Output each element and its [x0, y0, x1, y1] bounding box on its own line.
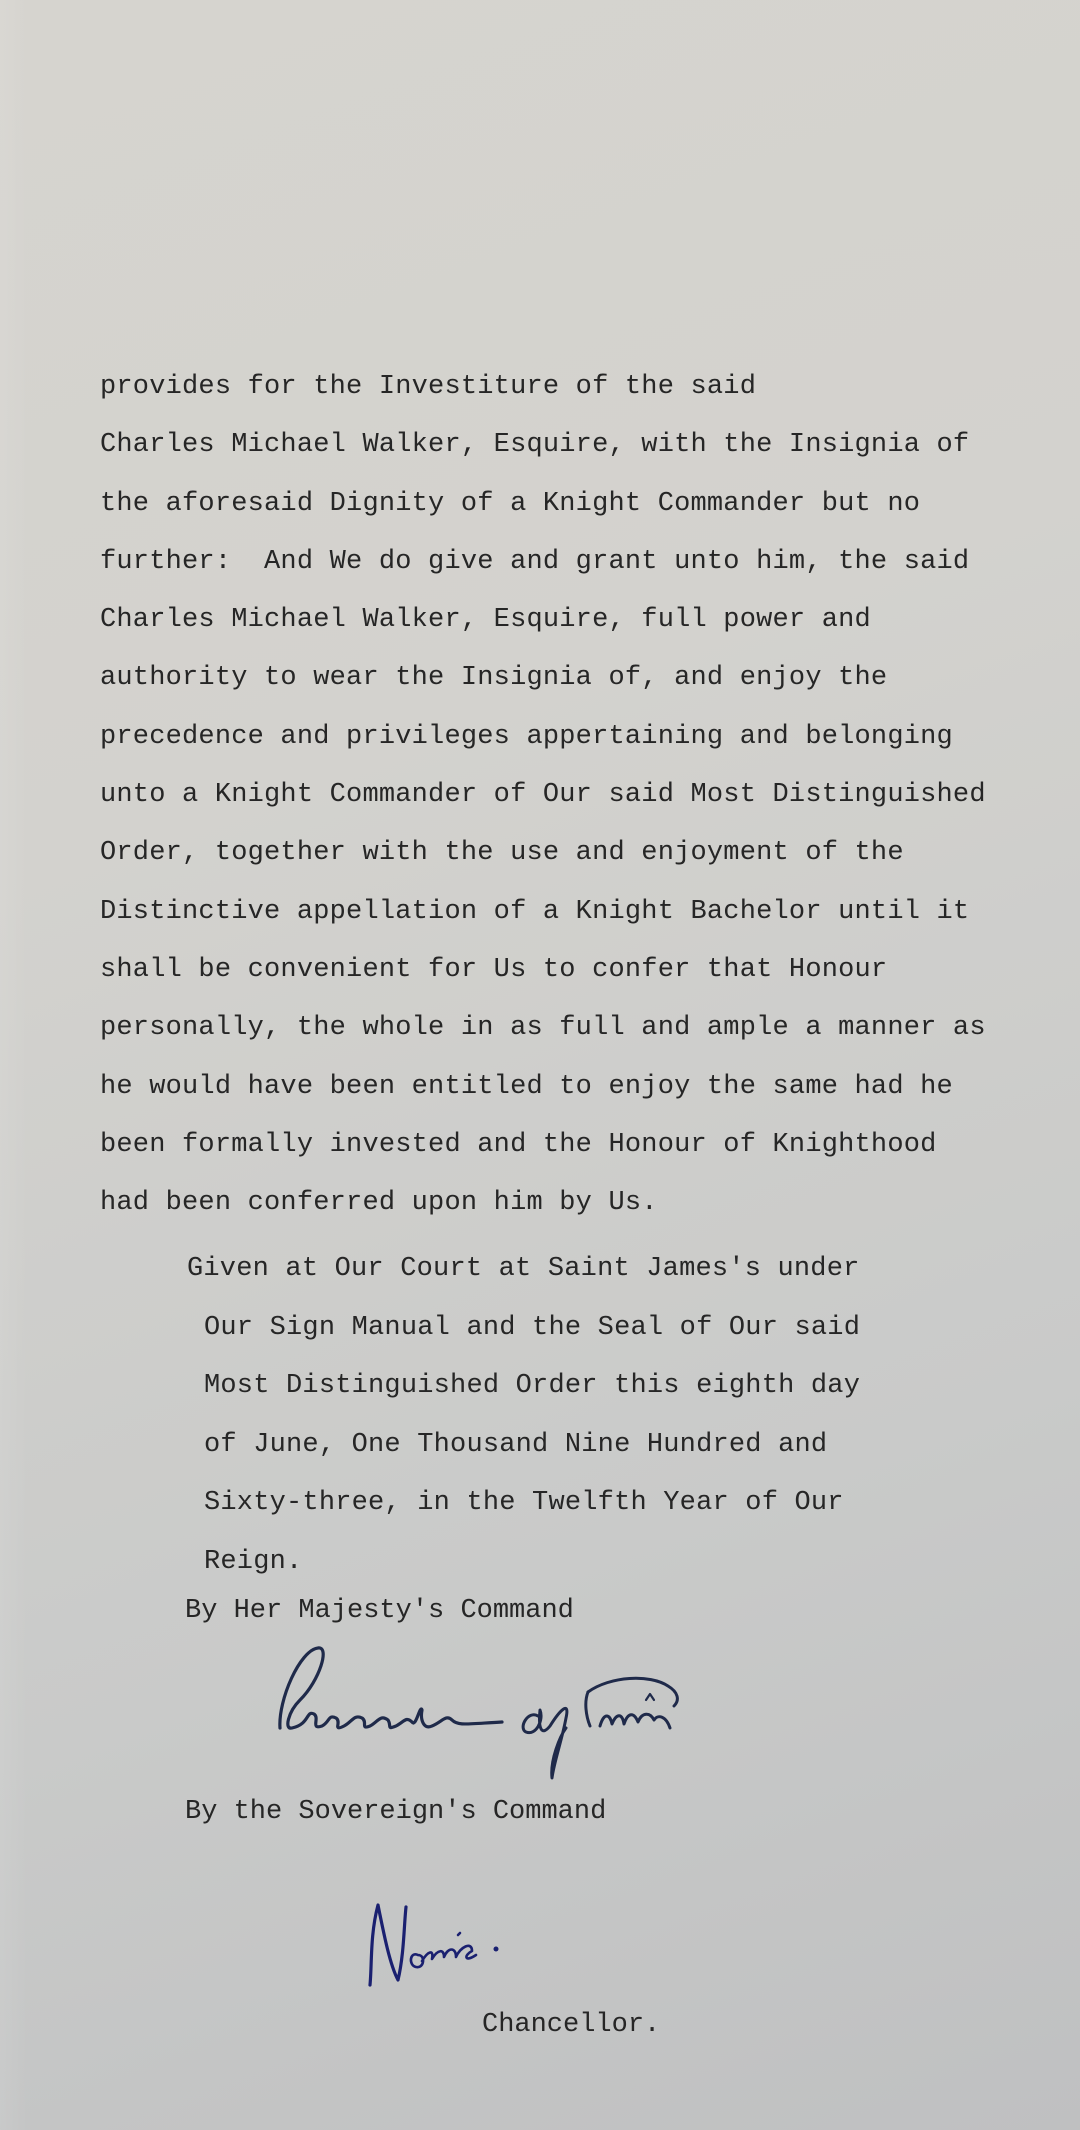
body-line: Charles Michael Walker, Esquire, full po…: [100, 591, 1080, 649]
given-line: Reign.: [187, 1533, 860, 1592]
body-line: authority to wear the Insignia of, and e…: [100, 649, 1080, 707]
body-line: unto a Knight Commander of Our said Most…: [100, 766, 1080, 824]
body-line: provides for the Investiture of the said: [100, 358, 1080, 416]
signature-norrie: [360, 1885, 540, 2005]
document-page: provides for the Investiture of the said…: [0, 0, 1080, 2130]
body-line: further: And We do give and grant unto h…: [100, 533, 1080, 591]
majesty-command-label: By Her Majesty's Command: [185, 1596, 574, 1626]
given-at-court-clause: Given at Our Court at Saint James's unde…: [187, 1240, 860, 1591]
sovereign-command-label: By the Sovereign's Command: [185, 1797, 606, 1827]
body-line: precedence and privileges appertaining a…: [100, 708, 1080, 766]
signature-alexander-of-tunis: [270, 1640, 810, 1795]
body-line: he would have been entitled to enjoy the…: [100, 1058, 1080, 1116]
body-line: been formally invested and the Honour of…: [100, 1116, 1080, 1174]
given-line: Sixty-three, in the Twelfth Year of Our: [187, 1474, 860, 1533]
given-line: Most Distinguished Order this eighth day: [187, 1357, 860, 1416]
body-line: Order, together with the use and enjoyme…: [100, 824, 1080, 882]
body-line: personally, the whole in as full and amp…: [100, 999, 1080, 1057]
body-line: shall be convenient for Us to confer tha…: [100, 941, 1080, 999]
signature-2-icon: [360, 1885, 540, 2005]
chancellor-label: Chancellor.: [482, 2010, 660, 2040]
signature-1-icon: [270, 1640, 810, 1795]
given-line: of June, One Thousand Nine Hundred and: [187, 1416, 860, 1475]
body-line: had been conferred upon him by Us.: [100, 1174, 1080, 1232]
body-line: Distinctive appellation of a Knight Bach…: [100, 883, 1080, 941]
body-line: the aforesaid Dignity of a Knight Comman…: [100, 475, 1080, 533]
warrant-body-text: provides for the Investiture of the said…: [100, 358, 1080, 1232]
given-line: Given at Our Court at Saint James's unde…: [187, 1240, 860, 1299]
given-line: Our Sign Manual and the Seal of Our said: [187, 1299, 860, 1358]
body-line: Charles Michael Walker, Esquire, with th…: [100, 416, 1080, 474]
